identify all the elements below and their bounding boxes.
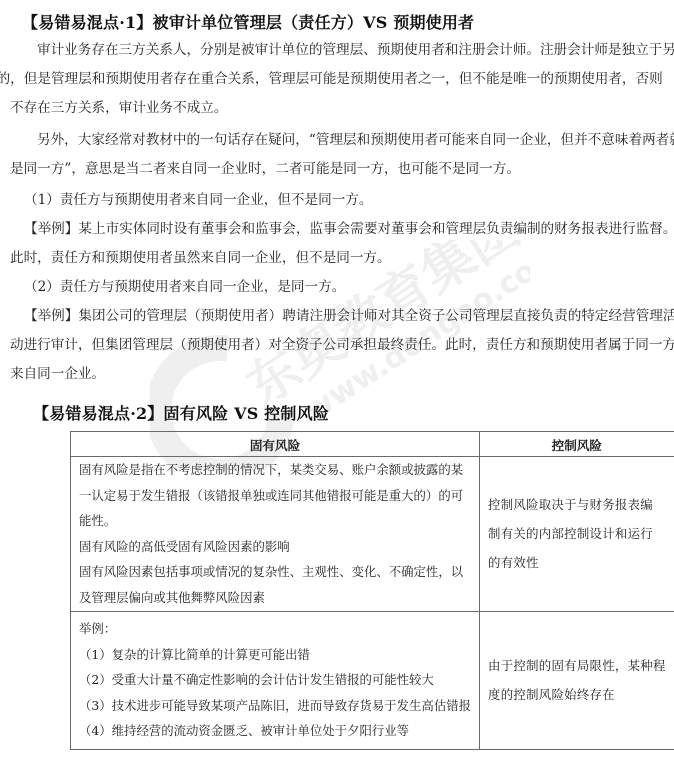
table-header-row: 固有风险 控制风险: [71, 432, 674, 457]
text-line: 审计业务存在三方关系人，分别是被审计单位的管理层、预期使用者和注册会计师。注册会…: [10, 36, 665, 65]
section1-heading: 【易错易混点·1】被审计单位管理层（责任方）VS 预期使用者: [22, 10, 474, 33]
text-line: 【举例】某上市实体同时设有董事会和监事会，监事会需要对董事会和管理层负责编制的财…: [24, 215, 665, 244]
example-1: 【举例】某上市实体同时设有董事会和监事会，监事会需要对董事会和管理层负责编制的财…: [10, 215, 665, 273]
section1-paragraph-2: 另外，大家经常对教材中的一句话存在疑问，“管理层和预期使用者可能来自同一企业，但…: [10, 126, 665, 184]
cell-line: 的有效性: [488, 548, 666, 577]
case-2-label: （2）责任方与预期使用者来自同一企业，是同一方。: [24, 273, 674, 302]
text-line: 方的，但是管理层和预期使用者存在重合关系，管理层可能是预期使用者之一，但不能是唯…: [0, 65, 665, 94]
cell-line: 一认定易于发生错报（该错报单独或连同其他错报可能是重大的）的可: [79, 483, 471, 509]
example-2: 【举例】集团公司的管理层（预期使用者）聘请注册会计师对其全资子公司管理层直接负责…: [10, 302, 665, 389]
examples-cell: 举例： （1）复杂的计算比简单的计算更可能出错 （2）受重大计量不确定性影响的会…: [71, 611, 480, 749]
cell-line: 控制风险取决于与财务报表编: [488, 490, 666, 519]
cell-line: 固有风险因素包括事项或情况的复杂性、主观性、变化、不确定性，以: [79, 559, 471, 585]
header-control-risk: 控制风险: [480, 432, 674, 457]
text-line: 此时，责任方和预期使用者虽然来自同一企业，但不是同一方。: [10, 244, 665, 273]
text-line: 来自同一企业。: [10, 360, 665, 389]
text-line: 【举例】集团公司的管理层（预期使用者）聘请注册会计师对其全资子公司管理层直接负责…: [24, 302, 665, 331]
cell-line: 制有关的内部控制设计和运行: [488, 519, 666, 548]
cell-line: （1）复杂的计算比简单的计算更可能出错: [79, 642, 471, 668]
cell-line: 度的控制风险始终存在: [488, 680, 666, 709]
cell-line: （2）受重大计量不确定性影响的会计估计发生错报的可能性较大: [79, 667, 471, 693]
section2-heading: 【易错易混点·2】固有风险 VS 控制风险: [33, 401, 329, 424]
cell-line: 及管理层偏向或其他舞弊风险因素: [79, 585, 471, 611]
text-line: 不存在三方关系，审计业务不成立。: [0, 94, 665, 123]
text-line: 是同一方”，意思是当二者来自同一企业时，二者可能是同一方，也可能不是同一方。: [0, 155, 665, 184]
header-inherent-risk: 固有风险: [71, 432, 480, 457]
text-line: 另外，大家经常对教材中的一句话存在疑问，“管理层和预期使用者可能来自同一企业，但…: [10, 126, 665, 155]
cell-line: 能性。: [79, 508, 471, 534]
case-1-label: （1）责任方与预期使用者来自同一企业，但不是同一方。: [24, 186, 674, 215]
control-risk-limitation-cell: 由于控制的固有局限性，某种程 度的控制风险始终存在: [480, 611, 674, 749]
control-risk-definition-cell: 控制风险取决于与财务报表编 制有关的内部控制设计和运行 的有效性: [480, 457, 674, 612]
definition-cell: 固有风险是指在不考虑控制的情况下，某类交易、账户余额或披露的某 一认定易于发生错…: [71, 457, 480, 612]
cell-line: 固有风险的高低受固有风险因素的影响: [79, 534, 471, 560]
text-line: 动进行审计，但集团管理层（预期使用者）对全资子公司承担最终责任。此时，责任方和预…: [10, 331, 665, 360]
document-page: 东奥教育集团 www.dongao.com 【易错易混点·1】被审计单位管理层（…: [0, 0, 674, 758]
cell-line: 举例：: [79, 616, 471, 642]
cell-line: 固有风险是指在不考虑控制的情况下，某类交易、账户余额或披露的某: [79, 457, 471, 483]
risk-comparison-table: 固有风险 控制风险 固有风险是指在不考虑控制的情况下，某类交易、账户余额或披露的…: [70, 431, 674, 750]
section1-paragraph-1: 审计业务存在三方关系人，分别是被审计单位的管理层、预期使用者和注册会计师。注册会…: [10, 36, 665, 123]
table-row: 举例： （1）复杂的计算比简单的计算更可能出错 （2）受重大计量不确定性影响的会…: [71, 611, 674, 749]
table-row: 固有风险是指在不考虑控制的情况下，某类交易、账户余额或披露的某 一认定易于发生错…: [71, 457, 674, 612]
cell-line: （3）技术进步可能导致某项产品陈旧，进而导致存货易于发生高估错报: [79, 693, 471, 719]
cell-line: 由于控制的固有局限性，某种程: [488, 651, 666, 680]
cell-line: （4）维持经营的流动资金匮乏、被审计单位处于夕阳行业等: [79, 718, 471, 744]
